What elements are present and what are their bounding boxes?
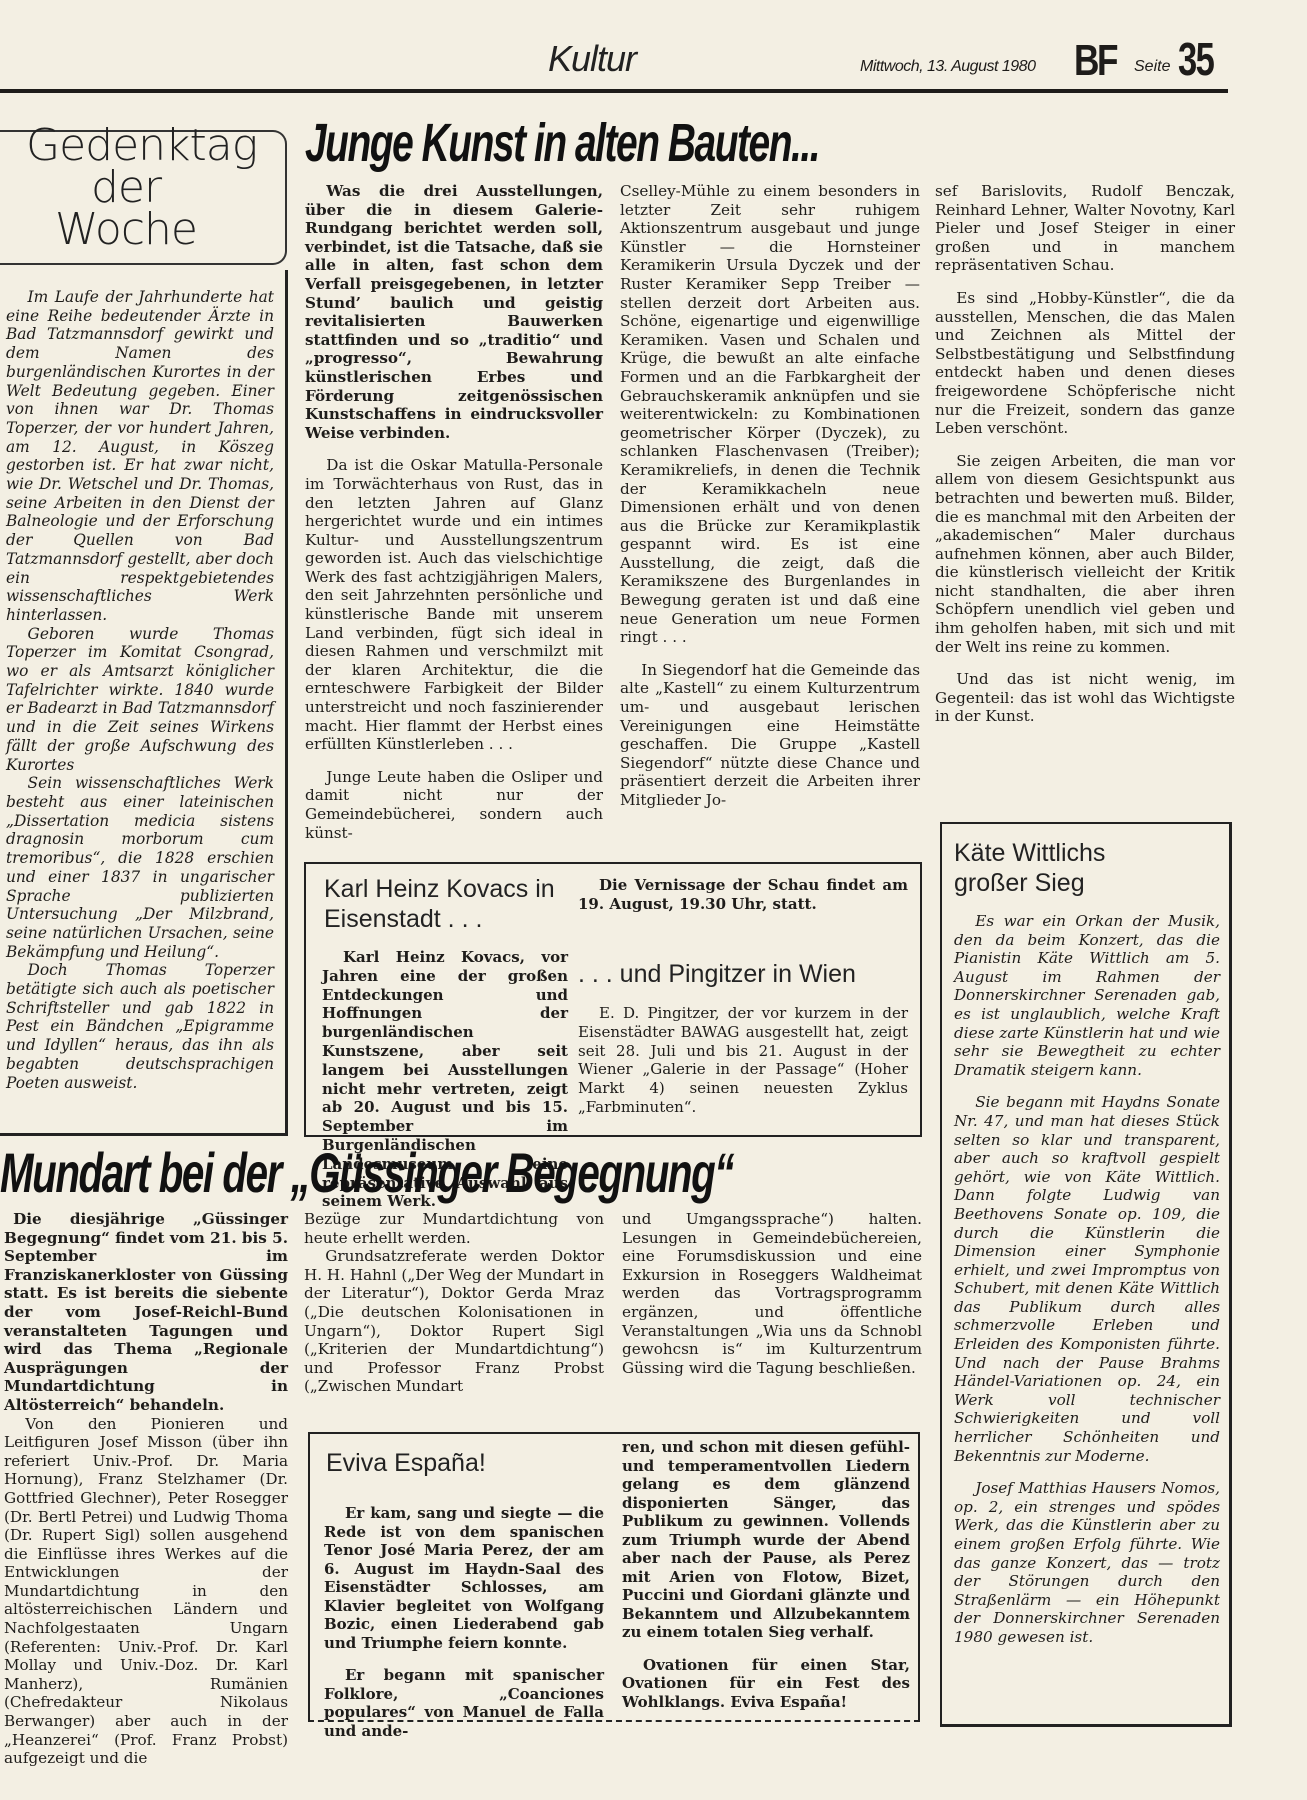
- paragraph: Junge Leute haben die Osliper und damit …: [305, 768, 603, 842]
- paragraph: In Siegendorf hat die Gemeinde das alte …: [620, 661, 920, 810]
- paragraph: Cselley-Mühle zu einem besonders in letz…: [620, 182, 920, 647]
- paragraph: Er kam, sang und siegte — die Rede ist v…: [324, 1504, 604, 1652]
- paragraph: ren, und schon mit diesen gefühl- und te…: [622, 1438, 910, 1642]
- pingitzer-title: . . . und Pingitzer in Wien: [578, 959, 918, 989]
- page-label: Seite: [1134, 58, 1170, 76]
- paragraph: Er begann mit spanischer Folklore, „Coan…: [324, 1666, 604, 1740]
- kovacs-title: Karl Heinz Kovacs in Eisenstadt . . .: [324, 874, 564, 934]
- paragraph: Sein wissenschaftliches Werk besteht aus…: [6, 774, 274, 961]
- lead-paragraph: Die diesjährige „Güssinger Begegnung“ fi…: [4, 1210, 288, 1415]
- wittlich-title-line: großer Sieg: [954, 868, 1224, 898]
- paragraph: Josef Matthias Hausers Nomos, op. 2, ein…: [954, 1479, 1220, 1646]
- pingitzer-body: E. D. Pingitzer, der vor kurzem in der E…: [578, 1004, 908, 1117]
- paragraph: Sie begann mit Haydns Sonate Nr. 47, und…: [954, 1093, 1220, 1465]
- article-headline: Mundart bei der „Güssinger Begegnung“: [0, 1140, 733, 1205]
- page-number: 35: [1178, 32, 1213, 86]
- section-title: Kultur: [548, 38, 636, 80]
- paragraph: Da ist die Oskar Matulla-Personale im To…: [305, 456, 603, 754]
- gedenktag-title-line: der: [26, 167, 226, 209]
- espana-box: Eviva España! Er kam, sang und siegte — …: [308, 1432, 920, 1722]
- gedenktag-title: Gedenktag der Woche: [26, 125, 226, 251]
- mundart-col-2: Bezüge zur Mundartdichtung von heute erh…: [304, 1210, 604, 1396]
- paragraph: Die Vernissage der Schau findet am 19. A…: [578, 876, 908, 914]
- paragraph: Ovationen für einen Star, Ovationen für …: [622, 1656, 910, 1712]
- paragraph: sef Barislovits, Rudolf Benczak, Reinhar…: [935, 182, 1235, 275]
- wittlich-body: Es war ein Orkan der Musik, den da beim …: [954, 912, 1220, 1647]
- column-rule: [0, 1133, 288, 1136]
- mundart-col-3: und Umgangssprache“) halten. Lesungen in…: [622, 1210, 922, 1377]
- paragraph: Es sind „Hobby-Künstler“, die da ausstel…: [935, 289, 1235, 438]
- paragraph: und Umgangssprache“) halten. Lesungen in…: [622, 1210, 922, 1377]
- column-rule: [285, 270, 288, 1133]
- mundart-col-1: Die diesjährige „Güssinger Begegnung“ fi…: [4, 1210, 288, 1768]
- vernissage-note: Die Vernissage der Schau findet am 19. A…: [578, 876, 908, 914]
- article-headline: Junge Kunst in alten Bauten...: [305, 112, 819, 174]
- junge-kunst-col-1: Was die drei Ausstellungen, über die in …: [305, 182, 603, 842]
- paragraph: Geboren wurde Thomas Toperzer im Komitat…: [6, 625, 274, 775]
- gedenktag-article: Im Laufe der Jahrhunderte hat eine Reihe…: [6, 288, 274, 1092]
- paragraph: Es war ein Orkan der Musik, den da beim …: [954, 912, 1220, 1079]
- wittlich-box: Käte Wittlichs großer Sieg Es war ein Or…: [940, 822, 1232, 1727]
- paragraph: E. D. Pingitzer, der vor kurzem in der E…: [578, 1004, 908, 1117]
- junge-kunst-col-2: Cselley-Mühle zu einem besonders in letz…: [620, 182, 920, 810]
- paragraph: Grundsatzreferate werden Doktor H. H. Ha…: [304, 1247, 604, 1396]
- issue-date: Mittwoch, 13. August 1980: [860, 58, 1035, 76]
- header-rule: [0, 89, 1228, 93]
- paragraph: Im Laufe der Jahrhunderte hat eine Reihe…: [6, 288, 274, 625]
- paragraph: Doch Thomas Toperzer betätigte sich auch…: [6, 961, 274, 1092]
- espana-title: Eviva España!: [326, 1448, 606, 1478]
- paragraph: Und das ist nicht wenig, im Gegenteil: d…: [935, 670, 1235, 726]
- junge-kunst-col-3: sef Barislovits, Rudolf Benczak, Reinhar…: [935, 182, 1235, 726]
- gedenktag-title-line: Gedenktag: [26, 125, 226, 167]
- gedenktag-title-line: Woche: [26, 209, 226, 251]
- newspaper-logo: BF: [1074, 36, 1116, 86]
- paragraph: Von den Pionieren und Leitfiguren Josef …: [4, 1415, 288, 1768]
- espana-col-2: ren, und schon mit diesen gefühl- und te…: [622, 1438, 910, 1711]
- espana-col-1: Er kam, sang und siegte — die Rede ist v…: [324, 1504, 604, 1740]
- paragraph: Sie zeigen Arbeiten, die man vor allem v…: [935, 452, 1235, 657]
- kovacs-pingitzer-box: Karl Heinz Kovacs in Eisenstadt . . . Ka…: [304, 862, 922, 1137]
- wittlich-title-line: Käte Wittlichs: [954, 838, 1224, 868]
- wittlich-title: Käte Wittlichs großer Sieg: [954, 838, 1224, 898]
- paragraph: Bezüge zur Mundartdichtung von heute erh…: [304, 1210, 604, 1247]
- lead-paragraph: Was die drei Ausstellungen, über die in …: [305, 182, 603, 442]
